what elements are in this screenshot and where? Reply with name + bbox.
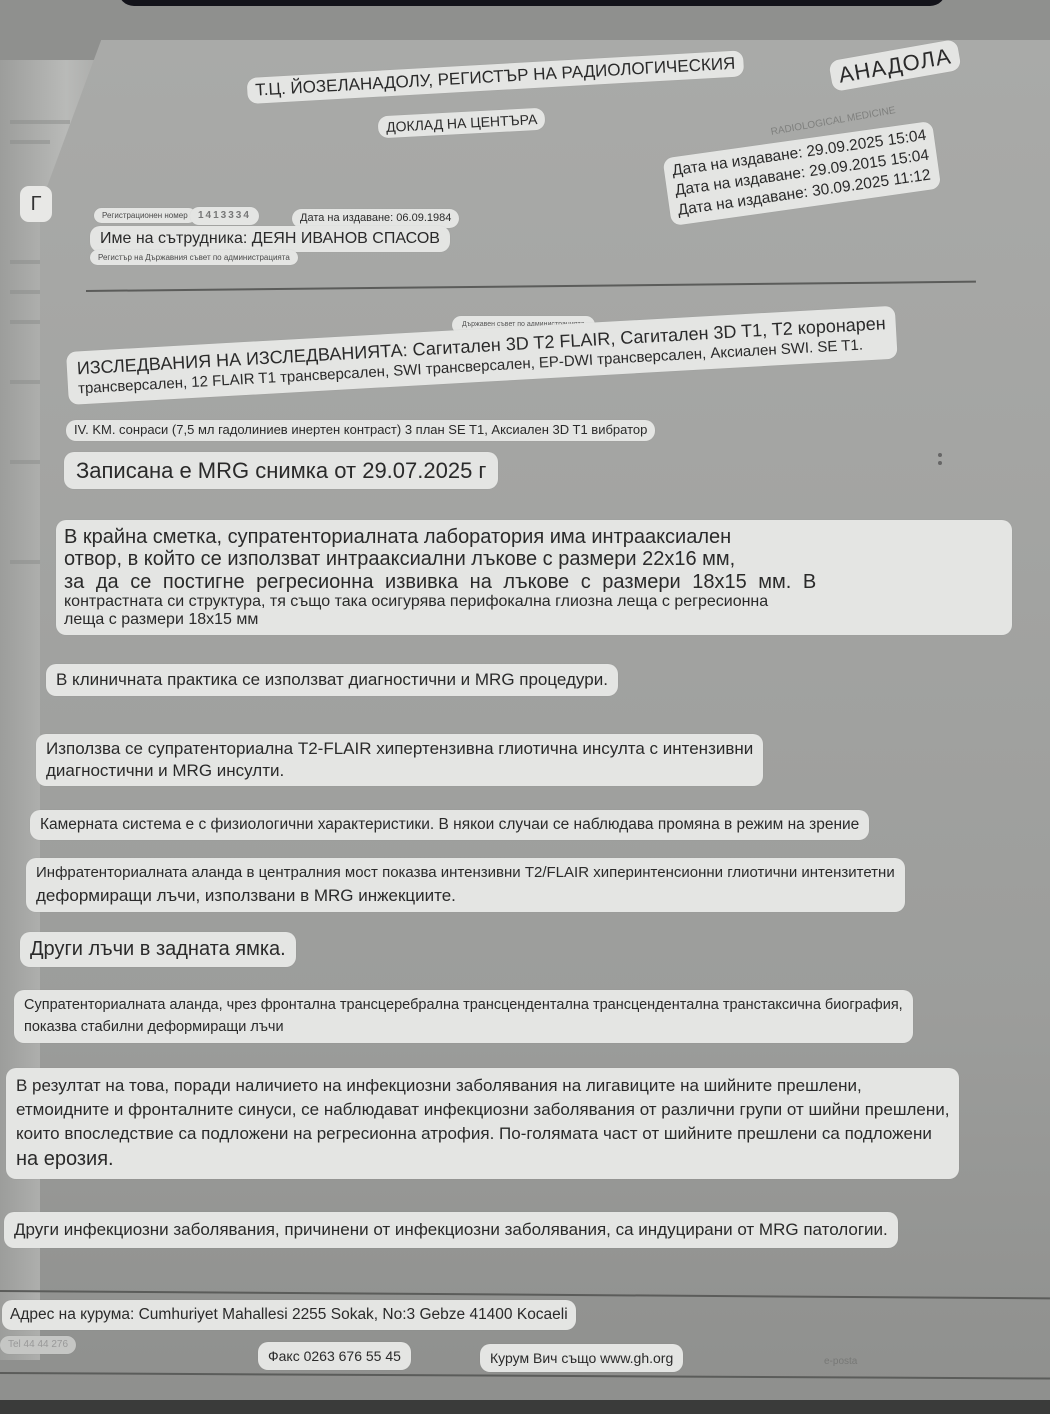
para7-line2: показва стабилни деформиращи лъчи: [24, 1016, 903, 1038]
para3-line2: диагностични и MRG инсулти.: [46, 760, 753, 782]
para1-line1: В крайна сметка, супратенториалната лабо…: [64, 526, 1004, 548]
footer-website[interactable]: Курум Вич също www.gh.org: [480, 1344, 683, 1372]
para1-line4: контрастната си структура, тя също така …: [64, 593, 1004, 611]
finding-paragraph-2: В клиничната практика се използват диагн…: [46, 664, 618, 696]
finding-paragraph-9: Други инфекциозни заболявания, причинени…: [4, 1212, 898, 1248]
finding-paragraph-1: В крайна сметка, супратенториалната лабо…: [56, 520, 1012, 635]
para7-line1: Супратенториалната аланда, чрез фронталн…: [24, 994, 903, 1016]
device-top-bezel: [118, 0, 946, 6]
employee-name: Име на сътрудника: ДЕЯН ИВАНОВ СПАСОВ: [90, 226, 450, 252]
finding-paragraph-5: Инфратенториалната аланда в централния м…: [26, 858, 905, 912]
finding-paragraph-4: Камерната система е с физиологични харак…: [30, 810, 869, 840]
footer-email-label: e-posta: [824, 1356, 857, 1367]
para8-line3: които впоследствие са подложени на регре…: [16, 1122, 949, 1146]
registration-number: 1413334: [190, 207, 259, 225]
para8-line4: на ерозия.: [16, 1145, 949, 1173]
para1-line5: леща с размери 18х15 мм: [64, 611, 1004, 629]
finding-paragraph-3: Използва се супратенториална T2-FLAIR хи…: [36, 734, 763, 786]
para1-line3: за да се постигне регресионна извивка на…: [64, 571, 1004, 593]
para5-line2: деформиращи лъчи, използвани в MRG инжек…: [36, 884, 895, 909]
registration-label: Регистрационен номер: [94, 208, 196, 223]
para8-line1: В резултат на това, поради наличието на …: [16, 1074, 949, 1098]
issue-date-birth: Дата на издаване: 06.09.1984: [292, 209, 459, 228]
finding-paragraph-7: Супратенториалната аланда, чрез фронталн…: [14, 990, 913, 1043]
side-letter-label: Г: [20, 186, 52, 222]
finding-paragraph-6: Други лъчи в задната ямка.: [20, 932, 296, 967]
device-bottom-edge: [0, 1400, 1050, 1414]
para3-line1: Използва се супратенториална T2-FLAIR хи…: [46, 738, 753, 760]
footer-address: Адрес на курума: Cumhuriyet Mahallesi 22…: [2, 1300, 576, 1330]
studies-line3: IV. KM. сонраси (7,5 мл гадолиниев инерт…: [66, 420, 655, 441]
kebab-menu-icon: [938, 453, 942, 469]
registry-label: Регистър на Държавния съвет по администр…: [90, 250, 298, 265]
para1-line2: отвор, в който се използват интрааксиалн…: [64, 548, 1004, 570]
finding-paragraph-8: В резултат на това, поради наличието на …: [6, 1068, 959, 1179]
para8-line2: етмоидните и фронталните синуси, се набл…: [16, 1098, 949, 1122]
footer-fax: Факс 0263 676 55 45: [258, 1342, 411, 1370]
footer-tel: Tel 44 44 276: [0, 1336, 76, 1354]
recorded-date: Записана е MRG снимка от 29.07.2025 г: [64, 452, 498, 489]
para5-line1: Инфратенториалната аланда в централния м…: [36, 862, 895, 884]
